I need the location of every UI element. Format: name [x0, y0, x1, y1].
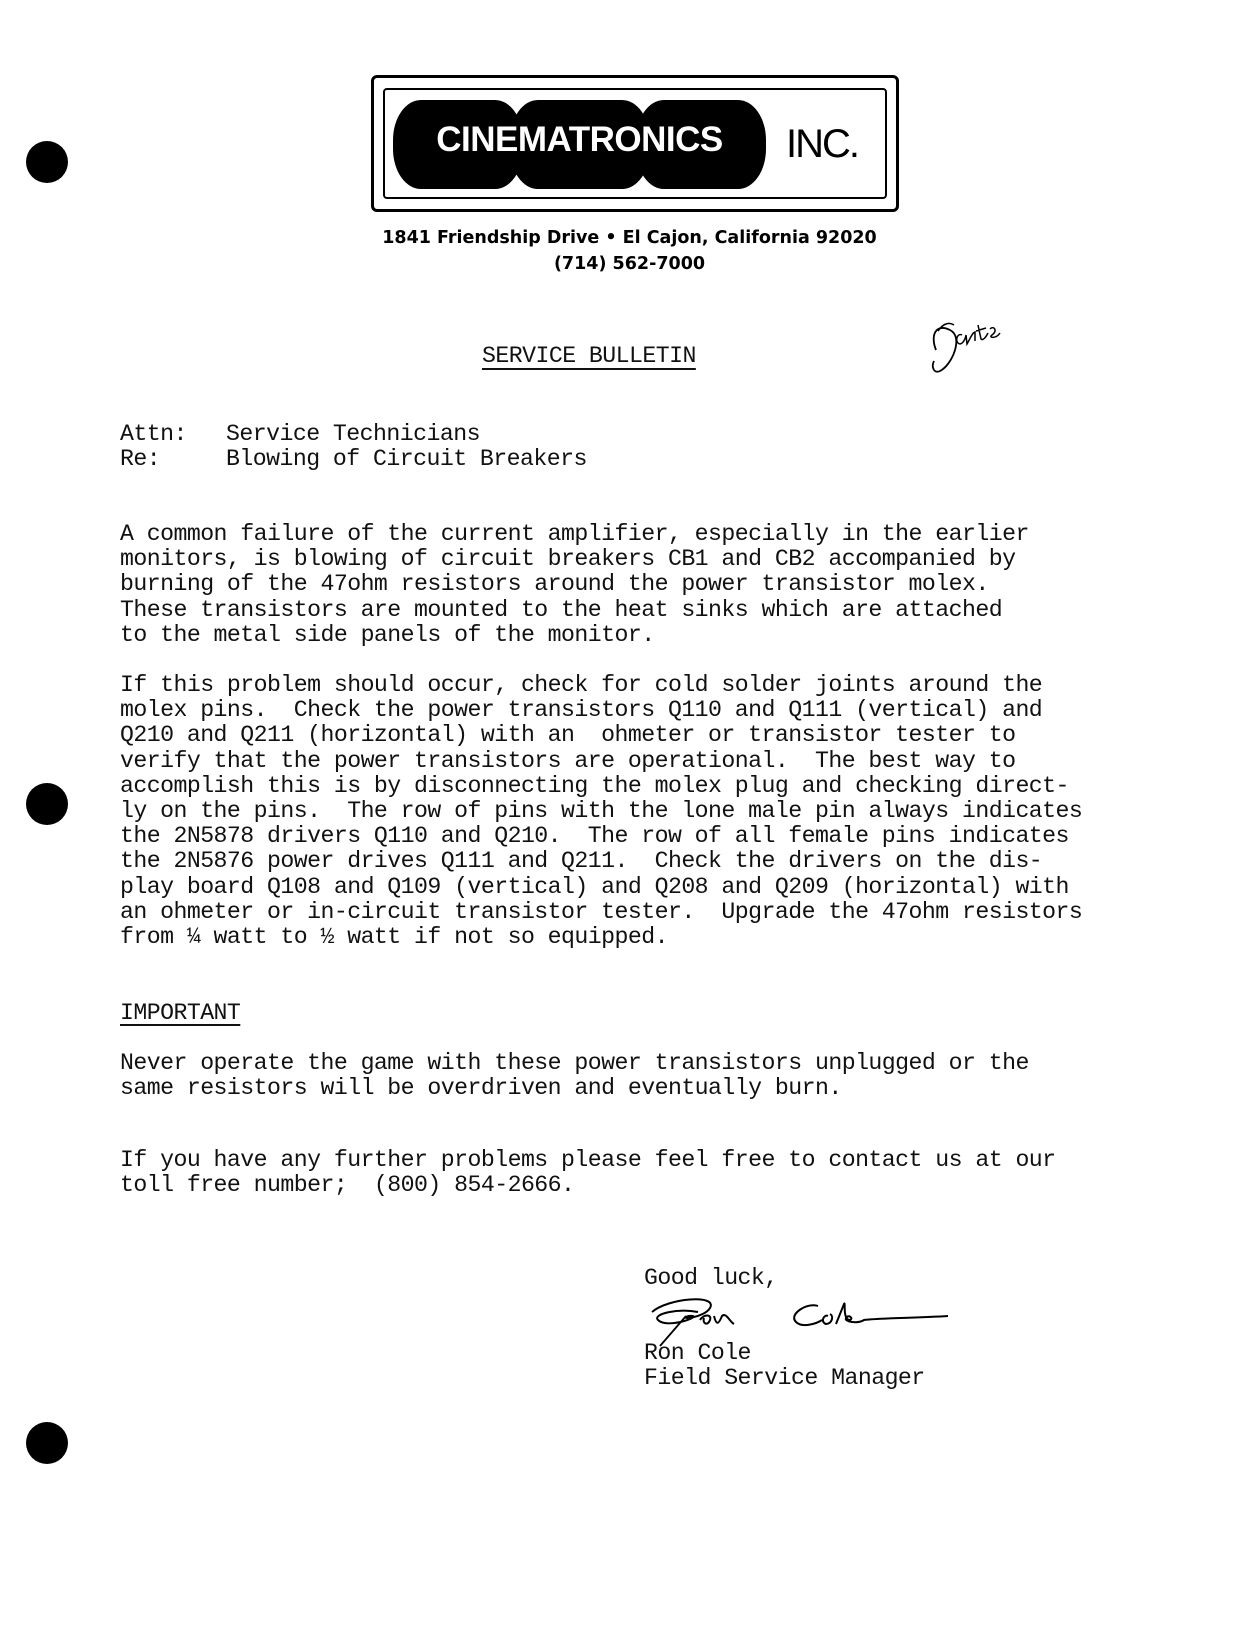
text-line: These transistors are mounted to the hea…	[120, 598, 1029, 623]
text-line: play board Q108 and Q109 (vertical) and …	[120, 875, 1082, 900]
paragraph-important: Never operate the game with these power …	[120, 1051, 1029, 1101]
text-line: from ¼ watt to ½ watt if not so equipped…	[120, 925, 1082, 950]
re-value: Blowing of Circuit Breakers	[226, 447, 587, 472]
handwritten-note-parts	[928, 295, 1048, 390]
paragraph-failure-description: A common failure of the current amplifie…	[120, 522, 1029, 648]
text-line: to the metal side panels of the monitor.	[120, 623, 1029, 648]
punch-hole-bottom	[26, 1422, 68, 1464]
company-name: CINEMATRONICS	[393, 120, 766, 160]
attn-label: Attn:	[120, 422, 187, 447]
text-line: molex pins. Check the power transistors …	[120, 698, 1082, 723]
punch-hole-middle	[26, 783, 68, 825]
text-line: If you have any further problems please …	[120, 1148, 1056, 1173]
important-heading: IMPORTANT	[120, 1001, 240, 1026]
text-line: same resistors will be overdriven and ev…	[120, 1076, 1029, 1101]
company-address: 1841 Friendship Drive • El Cajon, Califo…	[0, 228, 1259, 248]
text-line: the 2N5876 power drives Q111 and Q211. C…	[120, 849, 1082, 874]
text-line: If this problem should occur, check for …	[120, 673, 1082, 698]
text-line: burning of the 47ohm resistors around th…	[120, 572, 1029, 597]
attn-value: Service Technicians	[226, 422, 480, 447]
salutation: Good luck,	[644, 1266, 778, 1291]
bulletin-title: SERVICE BULLETIN	[482, 344, 696, 369]
text-line: accomplish this is by disconnecting the …	[120, 774, 1082, 799]
paragraph-contact: If you have any further problems please …	[120, 1148, 1056, 1198]
signer-position: Field Service Manager	[644, 1366, 925, 1391]
text-line: ly on the pins. The row of pins with the…	[120, 799, 1082, 824]
text-line: the 2N5878 drivers Q110 and Q210. The ro…	[120, 824, 1082, 849]
text-line: monitors, is blowing of circuit breakers…	[120, 547, 1029, 572]
text-line: A common failure of the current amplifie…	[120, 522, 1029, 547]
re-label: Re:	[120, 447, 160, 472]
text-line: verify that the power transistors are op…	[120, 749, 1082, 774]
company-phone: (714) 562-7000	[0, 254, 1259, 274]
text-line: toll free number; (800) 854-2666.	[120, 1173, 1056, 1198]
punch-hole-top	[26, 141, 68, 183]
text-line: Never operate the game with these power …	[120, 1051, 1029, 1076]
signer-name: Ron Cole	[644, 1341, 751, 1366]
text-line: an ohmeter or in-circuit transistor test…	[120, 900, 1082, 925]
text-line: Q210 and Q211 (horizontal) with an ohmet…	[120, 723, 1082, 748]
paragraph-troubleshooting: If this problem should occur, check for …	[120, 673, 1082, 950]
company-suffix: INC.	[786, 122, 858, 167]
